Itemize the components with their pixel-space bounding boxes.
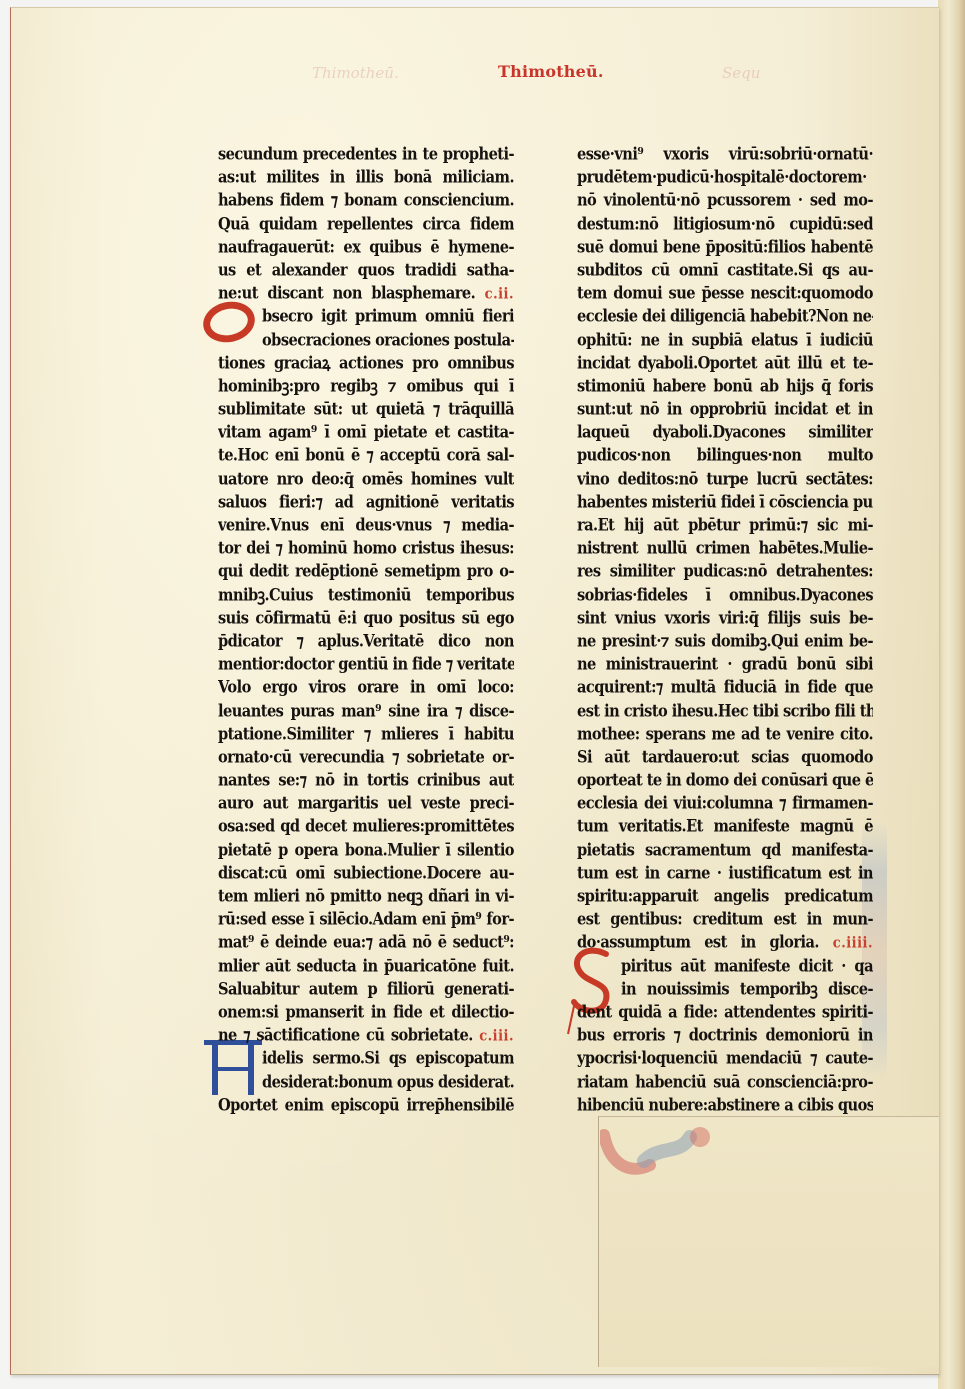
text-line: leuantes puras man⁹ sine ira ⁊ disce-: [218, 698, 514, 724]
line-text: pietatis sacramentum qd manifesta-: [577, 841, 873, 860]
text-line: piritus aūt manifeste dicit · qa: [577, 953, 873, 979]
line-text: secundum precedentes in te propheti-: [218, 145, 514, 164]
text-line: vino deditos:nō turpe lucrū sectātes:: [577, 466, 873, 492]
line-text: est gentibus: creditum est in mun-: [577, 910, 873, 929]
line-text: in nouissimis temporibꝫ disce-: [621, 980, 873, 999]
line-text: dent quidā a fide: attendentes spiriti-: [577, 1003, 873, 1022]
line-text: riatam habenciū suā conscienciā:pro-: [577, 1072, 873, 1091]
line-text: us et alexander quos tradidi satha-: [218, 261, 514, 280]
line-text: Quā quidam repellentes circa fidem: [218, 215, 514, 234]
line-text: tor dei ⁊ hominū homo cristus ihesus:: [218, 539, 514, 558]
line-text: Volo ergo viros orare in omī loco:: [218, 678, 514, 697]
text-line: bsecro igit primum omniū fieri: [218, 304, 514, 330]
text-line: mat⁹ ē deinde eua:⁊ adā nō ē seduct⁹:: [218, 930, 514, 956]
text-line: do·assumptum est in gloria. c.iiii.: [577, 930, 873, 956]
line-text: ophitū: ne in supbiā elatus ī iudiciū: [577, 330, 873, 349]
text-line: ophitū: ne in supbiā elatus ī iudiciū: [577, 327, 873, 353]
line-text: Saluabitur autem p filiorū generati-: [218, 980, 514, 999]
line-text: habentes misteriū fidei ī cōsciencia pu-: [577, 493, 873, 512]
line-text: discat:cū omī subiectione.Docere au-: [218, 864, 514, 883]
line-text: tem mlieri nō pmitto neqꝫ dñari in vi-: [218, 887, 514, 906]
line-text: naufragauerūt: ex quibus ē hymene-: [218, 238, 514, 257]
line-text: piritus aūt manifeste dicit · qa: [621, 957, 873, 976]
line-text: obsecraciones oraciones postula-: [262, 330, 514, 349]
text-line: res similiter pudicas:nō detrahentes:: [577, 559, 873, 585]
line-text: onem:si pmanserit in fide et dilectio-: [218, 1003, 514, 1022]
text-line: sobrias·fideles ī omnibus.Dyacones: [577, 582, 873, 608]
line-text: Oportet enim episcopū irrep̄hensibilē: [218, 1096, 514, 1115]
show-through-head-left: Thimotheū.: [312, 64, 399, 82]
line-text: ecclesie dei diligenciā habebit?Non ne-: [577, 307, 873, 326]
line-text: pudicos·non bilingues·non multo: [577, 446, 873, 465]
text-line: mlier aūt seducta in p̄uaricatōne fuit.: [218, 953, 514, 979]
line-text: ra.Et hij aūt pbētur primū:⁊ sic mi-: [577, 516, 873, 535]
line-text: do·assumptum est in gloria.: [577, 933, 819, 952]
text-line: ornato·cū verecundia ⁊ sobrietate or-: [218, 744, 514, 770]
line-text: nō vinolentū·nō pcussorem · sed mo-: [577, 191, 873, 210]
line-text: mat⁹ ē deinde eua:⁊ adā nō ē seduct⁹:: [218, 933, 514, 952]
line-text: ne ministrauerint · gradū bonū sibi: [577, 655, 873, 674]
text-line: ypocrisi·loquenciū mendaciū ⁊ caute-: [577, 1046, 873, 1072]
line-text: suis cōfirmatū ē:i quo positus sū ego: [218, 609, 514, 628]
line-text: ornato·cū verecundia ⁊ sobrietate or-: [218, 748, 514, 767]
text-line: pudicos·non bilingues·non multo: [577, 443, 873, 469]
text-line: Quā quidam repellentes circa fidem: [218, 211, 514, 237]
line-text: acquirent:⁊ multā fiduciā in fide que: [577, 678, 873, 697]
line-text: vino deditos:nō turpe lucrū sectātes:: [577, 470, 873, 489]
text-line: idelis sermo.Si qs episcopatum: [218, 1046, 514, 1072]
text-line: sint vnius vxoris viri:q̄ filijs suis be…: [577, 605, 873, 631]
line-text: saluos fieri:⁊ ad agnitionē veritatis: [218, 493, 514, 512]
line-text: sunt:ut nō in opprobriū incidat et in: [577, 400, 873, 419]
line-text: tem domui sue p̄esse nescit:quomodo: [577, 284, 873, 303]
text-line: in nouissimis temporibꝫ disce-: [577, 976, 873, 1002]
line-text: habens fidem ⁊ bonam consciencium.: [218, 191, 514, 210]
text-line: Oportet enim episcopū irrep̄hensibilē: [218, 1092, 514, 1118]
right-text-column: esse·vni⁹ vxoris virū:sobriū·ornatū·prud…: [577, 143, 873, 1117]
text-line: mnibꝫ.Cuius testimoniū temporibus: [218, 582, 514, 608]
line-text: bus erroris ⁊ doctrinis demoniorū in: [577, 1026, 873, 1045]
show-through-head-right: Sequ: [722, 64, 760, 82]
line-text: desiderat:bonum opus desiderat.: [262, 1072, 514, 1091]
line-text: ecclesia dei viui:columna ⁊ firmamen-: [577, 794, 873, 813]
line-text: res similiter pudicas:nō detrahentes:: [577, 562, 873, 581]
text-line: Volo ergo viros orare in omī loco:: [218, 675, 514, 701]
line-text: ne:ut discant non blasphemare.: [218, 284, 475, 303]
line-text: prudētem·pudicū·hospitalē·doctorem·: [577, 168, 867, 187]
line-text: sobrias·fideles ī omnibus.Dyacones: [577, 586, 873, 605]
line-text: idelis sermo.Si qs episcopatum: [262, 1049, 514, 1068]
line-text: subditos cū omnī castitate.Si qs au-: [577, 261, 873, 280]
line-text: ptatione.Similiter ⁊ mlieres ī habitu: [218, 725, 514, 744]
text-line: tum est in carne · iustificatum est in: [577, 860, 873, 886]
line-text: p̄dicator ⁊ aplus.Veritatē dico non: [218, 632, 514, 651]
line-text: leuantes puras man⁹ sine ira ⁊ disce-: [218, 701, 514, 720]
text-line: suē domui bene p̄positū:filios habentē: [577, 234, 873, 260]
line-text: as:ut milites in illis bonā miliciam.: [218, 168, 514, 187]
text-line: tiones graciaꝝ actiones pro omnibus: [218, 350, 514, 376]
chapter-number: c.iiii.: [833, 936, 873, 953]
line-text: ne ⁊ sāctificatione cū sobrietate.: [218, 1026, 473, 1045]
line-text: esse·vni⁹ vxoris virū:sobriū·ornatū·: [577, 145, 873, 164]
line-text: tum est in carne · iustificatum est in: [577, 864, 873, 883]
line-text: tum veritatis.Et manifeste magnū ē: [577, 817, 873, 836]
line-text: uatore nro deo:q̄ omēs homines vult: [218, 470, 514, 489]
text-line: destum:nō litigiosum·nō cupidū:sed: [577, 211, 873, 237]
text-line: obsecraciones oraciones postula-: [218, 327, 514, 353]
line-text: mothee: sperans me ad te venire cito.: [577, 725, 873, 744]
text-line: ecclesie dei diligenciā habebit?Non ne-: [577, 304, 873, 330]
line-text: auro aut margaritis uel veste preci-: [218, 794, 514, 813]
text-line: discat:cū omī subiectione.Docere au-: [218, 860, 514, 886]
line-text: venire.Vnus enī deus·vnus ⁊ media-: [218, 516, 514, 535]
line-text: nistrent nullū crimen habētes.Mulie-: [577, 539, 873, 558]
page-edge: [938, 0, 965, 1389]
chapter-number: c.iii.: [479, 1028, 514, 1045]
text-line: saluos fieri:⁊ ad agnitionē veritatis: [218, 489, 514, 515]
text-line: te.Hoc enī bonū ē ⁊ acceptū corā sal-: [218, 443, 514, 469]
chapter-number: c.ii.: [485, 286, 514, 303]
text-line: hibenciū nubere:abstinere a cibis quos: [577, 1092, 873, 1118]
line-text: destum:nō litigiosum·nō cupidū:sed: [577, 215, 873, 234]
line-text: bsecro igit primum omniū fieri: [262, 307, 514, 326]
line-text: hibenciū nubere:abstinere a cibis quos: [577, 1096, 873, 1115]
text-line: tum veritatis.Et manifeste magnū ē: [577, 814, 873, 840]
text-line: est in cristo ihesu.Hec tibi scribo fili…: [577, 698, 873, 724]
text-line: habentes misteriū fidei ī cōsciencia pu-: [577, 489, 873, 515]
text-line: pietatē p opera bona.Mulier ī silentio: [218, 837, 514, 863]
line-text: te.Hoc enī bonū ē ⁊ acceptū corā sal-: [218, 446, 514, 465]
line-text: oporteat te in domo dei conūsari que ē: [577, 771, 873, 790]
text-line: mothee: sperans me ad te venire cito.: [577, 721, 873, 747]
line-text: stimoniū habere bonū ab hijs q̄ foris: [577, 377, 873, 396]
text-line: uatore nro deo:q̄ omēs homines vult: [218, 466, 514, 492]
left-text-column: secundum precedentes in te propheti-as:u…: [218, 143, 514, 1117]
line-text: osa:sed qd decet mulieres:promittētes: [218, 817, 514, 836]
text-line: stimoniū habere bonū ab hijs q̄ foris: [577, 373, 873, 399]
line-text: vitam agam⁹ ī omī pietate et castita-: [218, 423, 514, 442]
text-line: desiderat:bonum opus desiderat.: [218, 1069, 514, 1095]
faded-flourish-icon: [600, 1125, 710, 1185]
text-line: hominibꝫ:pro regibꝫ ⁊ omibus qui ī: [218, 373, 514, 399]
line-text: rū:sed esse ī silēcio.Adam enī p̄m⁹ for-: [218, 910, 514, 929]
text-line: qui dedit redēptionē semetipm pro o-: [218, 559, 514, 585]
text-line: Saluabitur autem p filiorū generati-: [218, 976, 514, 1002]
line-text: tiones graciaꝝ actiones pro omnibus: [218, 354, 514, 373]
line-text: ne presint·⁊ suis domibꝫ.Qui enim be-: [577, 632, 873, 651]
text-line: habens fidem ⁊ bonam consciencium.: [218, 188, 514, 214]
line-text: est in cristo ihesu.Hec tibi scribo fili…: [577, 701, 873, 720]
text-line: nō vinolentū·nō pcussorem · sed mo-: [577, 188, 873, 214]
line-text: suē domui bene p̄positū:filios habentē: [577, 238, 873, 257]
line-text: incidat dyaboli.Oportet aūt illū et te-: [577, 354, 873, 373]
running-head: Thimotheū.: [498, 62, 604, 81]
text-line: Si aūt tardauero:ut scias quomodo: [577, 744, 873, 770]
line-text: sint vnius vxoris viri:q̄ filijs suis be…: [577, 609, 873, 628]
text-line: osa:sed qd decet mulieres:promittētes: [218, 814, 514, 840]
text-line: acquirent:⁊ multā fiduciā in fide que: [577, 675, 873, 701]
text-line: incidat dyaboli.Oportet aūt illū et te-: [577, 350, 873, 376]
line-text: spiritu:apparuit angelis predicatum: [577, 887, 873, 906]
line-text: nantes se:⁊ nō in tortis crinibus aut: [218, 771, 514, 790]
line-text: mentior:doctor gentiū in fide ⁊ veritate…: [218, 655, 514, 674]
line-text: laqueū dyaboli.Dyacones similiter: [577, 423, 873, 442]
text-line: pietatis sacramentum qd manifesta-: [577, 837, 873, 863]
text-line: naufragauerūt: ex quibus ē hymene-: [218, 234, 514, 260]
line-text: ypocrisi·loquenciū mendaciū ⁊ caute-: [577, 1049, 873, 1068]
line-text: sublimitate sūt: ut quietā ⁊ trāquillā: [218, 400, 514, 419]
line-text: pietatē p opera bona.Mulier ī silentio: [218, 841, 514, 860]
line-text: mnibꝫ.Cuius testimoniū temporibus: [218, 586, 514, 605]
line-text: qui dedit redēptionē semetipm pro o-: [218, 562, 514, 581]
text-line: suis cōfirmatū ē:i quo positus sū ego: [218, 605, 514, 631]
line-text: Si aūt tardauero:ut scias quomodo: [577, 748, 873, 767]
text-line: ptatione.Similiter ⁊ mlieres ī habitu: [218, 721, 514, 747]
text-line: riatam habenciū suā conscienciā:pro-: [577, 1069, 873, 1095]
line-text: mlier aūt seducta in p̄uaricatōne fuit.: [218, 957, 514, 976]
line-text: hominibꝫ:pro regibꝫ ⁊ omibus qui ī: [218, 377, 514, 396]
